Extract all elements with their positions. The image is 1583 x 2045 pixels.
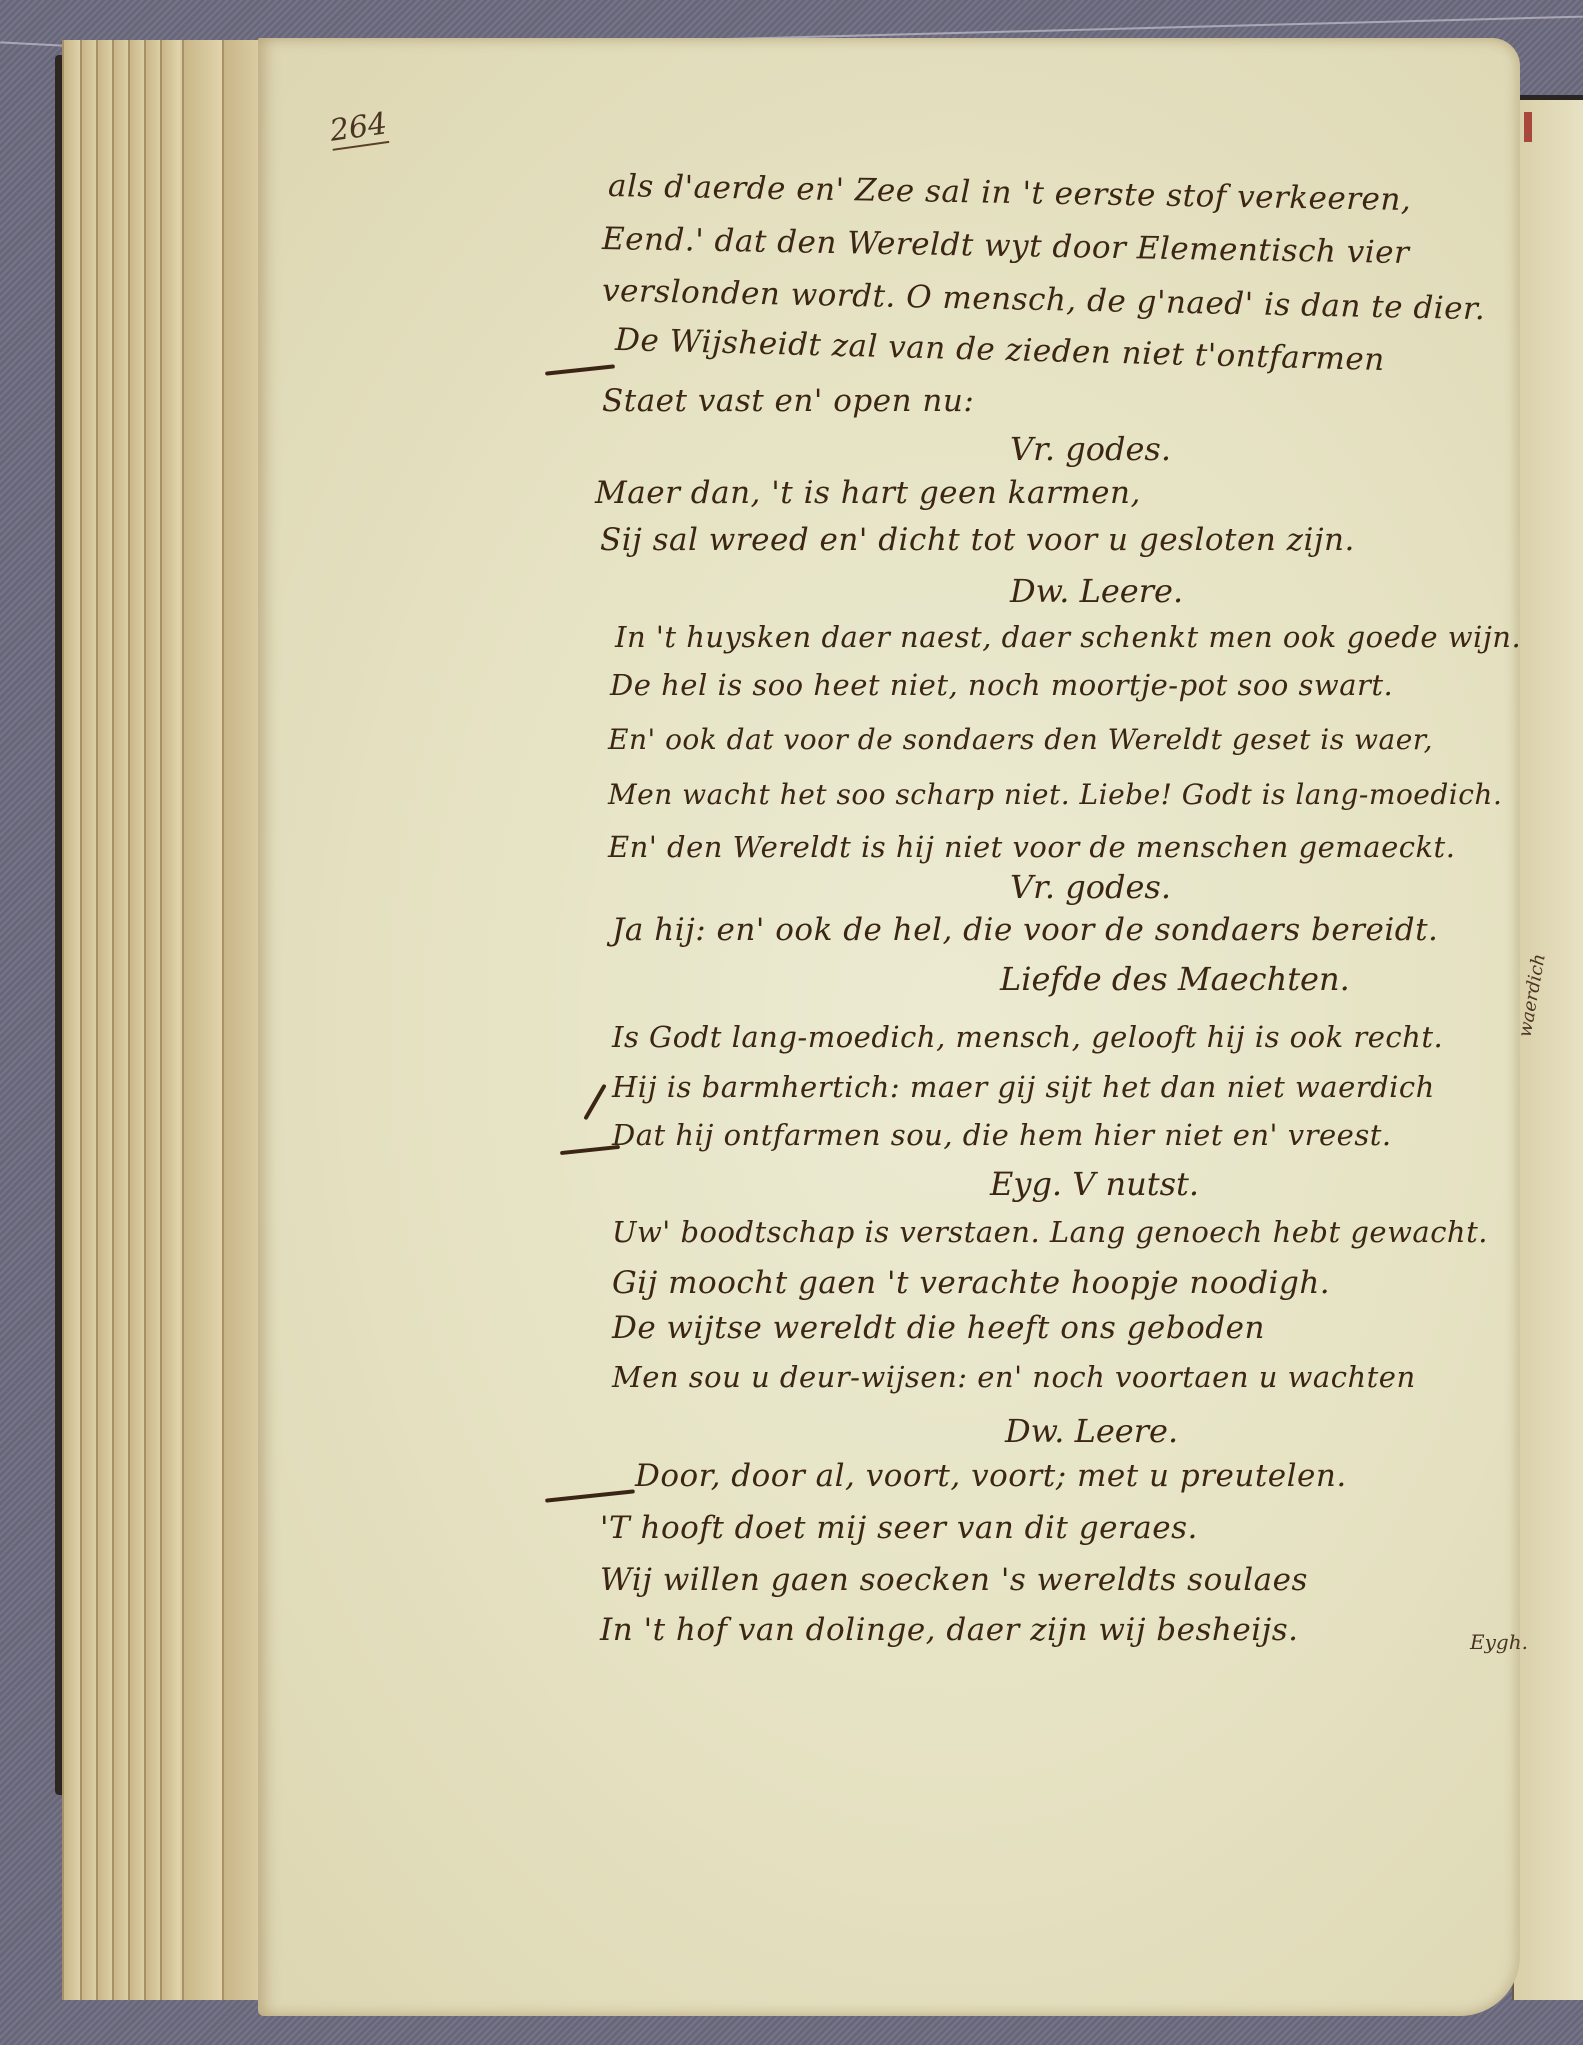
speaker-heading: Vr. godes. <box>1010 430 1171 468</box>
verse-line: 'T hooft doet mij seer van dit geraes. <box>600 1510 1198 1546</box>
verse-line: Gij moocht gaen 't verachte hoopje noodi… <box>612 1265 1330 1301</box>
verse-line: Staet vast en' open nu: <box>602 383 974 419</box>
speaker-heading: Eyg. V nutst. <box>990 1165 1199 1203</box>
verse-line: In 't huysken daer naest, daer schenkt m… <box>615 620 1521 654</box>
folio-number: 264 <box>328 106 390 151</box>
verse-line: Dat hij ontfarmen sou, die hem hier niet… <box>612 1118 1392 1152</box>
speaker-heading: Vr. godes. <box>1010 868 1171 906</box>
verse-line: En' ook dat voor de sondaers den Wereldt… <box>608 723 1433 756</box>
verse-line: Men wacht het soo scharp niet. Liebe! Go… <box>608 778 1502 811</box>
verse-line: Hij is barmhertich: maer gij sijt het da… <box>612 1070 1435 1104</box>
catchword: Eygh. <box>1470 1630 1528 1654</box>
verse-line: Maer dan, 't is hart geen karmen, <box>595 475 1141 511</box>
verse-line: Ja hij: en' ook de hel, die voor de sond… <box>612 912 1438 948</box>
facing-page-edge <box>1512 100 1583 2000</box>
verse-line: Wij willen gaen soecken 's wereldts soul… <box>600 1562 1308 1598</box>
verse-line: Sij sal wreed en' dicht tot voor u geslo… <box>600 522 1355 558</box>
verse-line: In 't hof van dolinge, daer zijn wij bes… <box>600 1612 1299 1648</box>
speaker-heading: Liefde des Maechten. <box>1000 960 1350 998</box>
verse-line: Uw' boodtschap is verstaen. Lang genoech… <box>612 1215 1488 1249</box>
verse-line: De wijtse wereldt die heeft ons geboden <box>612 1310 1265 1346</box>
verse-line: Men sou u deur-wijsen: en' noch voortaen… <box>612 1360 1416 1394</box>
headband-red <box>1524 112 1532 142</box>
speaker-heading: Dw. Leere. <box>1010 572 1183 610</box>
verse-line: Door, door al, voort, voort; met u preut… <box>635 1458 1347 1494</box>
speaker-heading: Dw. Leere. <box>1005 1412 1178 1450</box>
verse-line: De hel is soo heet niet, noch moortje-po… <box>610 668 1393 702</box>
verse-line: En' den Wereldt is hij niet voor de mens… <box>608 830 1455 864</box>
page-stack <box>62 40 272 2000</box>
verse-line: Is Godt lang-moedich, mensch, gelooft hi… <box>612 1020 1443 1054</box>
